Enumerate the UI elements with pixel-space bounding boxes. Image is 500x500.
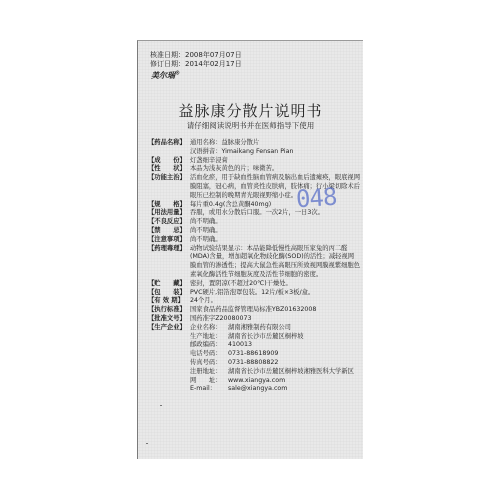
leaflet-section: 【药理毒理】动物试验结果显示：本品能降低慢性高眼压家兔的丙二醛(MDA)含量，增…	[148, 245, 360, 280]
section-value: 尚不明确。	[190, 236, 360, 245]
company-field: 网 址：www.xiangya.com	[190, 377, 360, 386]
blue-number-stamp: 048	[295, 183, 337, 214]
company-field-key: 注册地址：	[190, 368, 228, 377]
manufacturer-section: 【生产企业】企业名称：湖南湘雅制药有限公司生产地址：湖南省长沙市岳麓区桐梓坡邮政…	[148, 324, 360, 394]
company-field-value: 410013	[228, 341, 252, 350]
section-value: 密封，置阴凉(不超过20℃)干燥处。	[190, 280, 360, 289]
company-field-key: 网 址：	[190, 377, 228, 386]
brand-logo: 美尔瑞®	[151, 70, 180, 81]
section-label: 【禁 忌】	[148, 227, 190, 236]
section-label: 【性 状】	[148, 165, 190, 174]
leaflet-subtitle: 请仔细阅读说明书并在医师指导下使用	[138, 120, 363, 131]
company-field-value: 湖南省长沙市岳麓区桐梓坡	[228, 333, 304, 342]
section-label: 【用法用量】	[148, 209, 190, 218]
section-value: 尚不明确。	[190, 218, 360, 227]
section-value: 本品为浅灰黄色的片；味微苦。	[190, 165, 360, 174]
section-line: 密封，置阴凉(不超过20℃)干燥处。	[190, 280, 360, 289]
company-field-value: 0731-88618909	[228, 350, 278, 359]
section-label: 【不良反应】	[148, 218, 190, 227]
section-value: 国药准字Z20080073	[190, 315, 360, 324]
company-field-value: 0731-88808822	[228, 359, 278, 368]
section-label: 【生产企业】	[148, 324, 190, 394]
section-value: 通用名称：益脉康分散片汉语拼音：Yimaikang Fensan Pian	[190, 139, 360, 157]
section-line: 通用名称：益脉康分散片	[190, 139, 360, 148]
company-field-key: E-mail：	[190, 385, 228, 394]
section-label: 【功能主治】	[148, 174, 190, 200]
leaflet-section: 【禁 忌】尚不明确。	[148, 227, 360, 236]
company-field-key: 邮政编码：	[190, 341, 228, 350]
company-field-value: sale@xiangya.com	[228, 385, 287, 394]
leaflet-section: 【执行标准】国家食品药品监督管理局标准YBZ01632008	[148, 306, 360, 315]
section-value: 24个月。	[190, 297, 360, 306]
section-label: 【执行标准】	[148, 306, 190, 315]
leaflet-section: 【批准文号】国药准字Z20080073	[148, 315, 360, 324]
leaflet-section: 【药品名称】通用名称：益脉康分散片汉语拼音：Yimaikang Fensan P…	[148, 139, 360, 157]
section-line: 本品为浅灰黄色的片；味微苦。	[190, 165, 360, 174]
section-label: 【批准文号】	[148, 315, 190, 324]
company-field-value: 湖南省长沙市岳麓区桐梓坡湘雅医科大学新区	[228, 368, 354, 377]
section-label: 【有 效 期】	[148, 297, 190, 306]
leaflet-section: 【不良反应】尚不明确。	[148, 218, 360, 227]
company-field: 传真号码：0731-88808822	[190, 359, 360, 368]
company-field-value: 湖南湘雅制药有限公司	[228, 324, 291, 333]
leaflet-section: 【注意事项】尚不明确。	[148, 236, 360, 245]
section-label: 【药理毒理】	[148, 245, 190, 280]
company-field: 企业名称：湖南湘雅制药有限公司	[190, 324, 360, 333]
section-line: 汉语拼音：Yimaikang Fensan Pian	[190, 148, 360, 157]
section-line: 24个月。	[190, 297, 360, 306]
section-label: 【注意事项】	[148, 236, 190, 245]
section-line: 尚不明确。	[190, 236, 360, 245]
company-field-key: 生产地址：	[190, 333, 228, 342]
section-label: 【药品名称】	[148, 139, 190, 157]
section-line: 国家食品药品监督管理局标准YBZ01632008	[190, 306, 360, 315]
company-field: 邮政编码：410013	[190, 341, 360, 350]
leaflet-section: 【贮 藏】密封，置阴凉(不超过20℃)干燥处。	[148, 280, 360, 289]
company-field: 注册地址：湖南省长沙市岳麓区桐梓坡湘雅医科大学新区	[190, 368, 360, 377]
leaflet-title: 益脉康分散片说明书	[138, 100, 363, 121]
company-field-key: 电话号码：	[190, 350, 228, 359]
company-field-key: 企业名称：	[190, 324, 228, 333]
medicine-leaflet: 核准日期：2008年07月07日 修订日期：2014年02月17日 美尔瑞® 益…	[137, 40, 363, 459]
company-field: E-mail：sale@xiangya.com	[190, 385, 360, 394]
company-field-value: www.xiangya.com	[228, 377, 285, 386]
section-value: 动物试验结果显示：本品能降低慢性高眼压家兔的丙二醛(MDA)含量，增加超氧化物歧…	[190, 245, 360, 280]
revision-date: 修订日期：2014年02月17日	[150, 60, 242, 69]
section-line: 尚不明确。	[190, 227, 360, 236]
leaflet-section: 【有 效 期】24个月。	[148, 297, 360, 306]
company-field: 生产地址：湖南省长沙市岳麓区桐梓坡	[190, 333, 360, 342]
section-line: 动物试验结果显示：本品能降低慢性高眼压家兔的丙二醛(MDA)含量，增加超氧化物歧…	[190, 245, 360, 280]
company-field-key: 传真号码：	[190, 359, 228, 368]
approval-date: 核准日期：2008年07月07日	[150, 51, 242, 60]
section-value: 国家食品药品监督管理局标准YBZ01632008	[190, 306, 360, 315]
company-field: 电话号码：0731-88618909	[190, 350, 360, 359]
section-line: 尚不明确。	[190, 218, 360, 227]
section-value: 尚不明确。	[190, 227, 360, 236]
leaflet-body: 【药品名称】通用名称：益脉康分散片汉语拼音：Yimaikang Fensan P…	[148, 139, 360, 394]
leaflet-section: 【性 状】本品为浅灰黄色的片；味微苦。	[148, 165, 360, 174]
section-label: 【贮 藏】	[148, 280, 190, 289]
leaflet-dates: 核准日期：2008年07月07日 修订日期：2014年02月17日	[150, 51, 242, 69]
section-line: 国药准字Z20080073	[190, 315, 360, 324]
